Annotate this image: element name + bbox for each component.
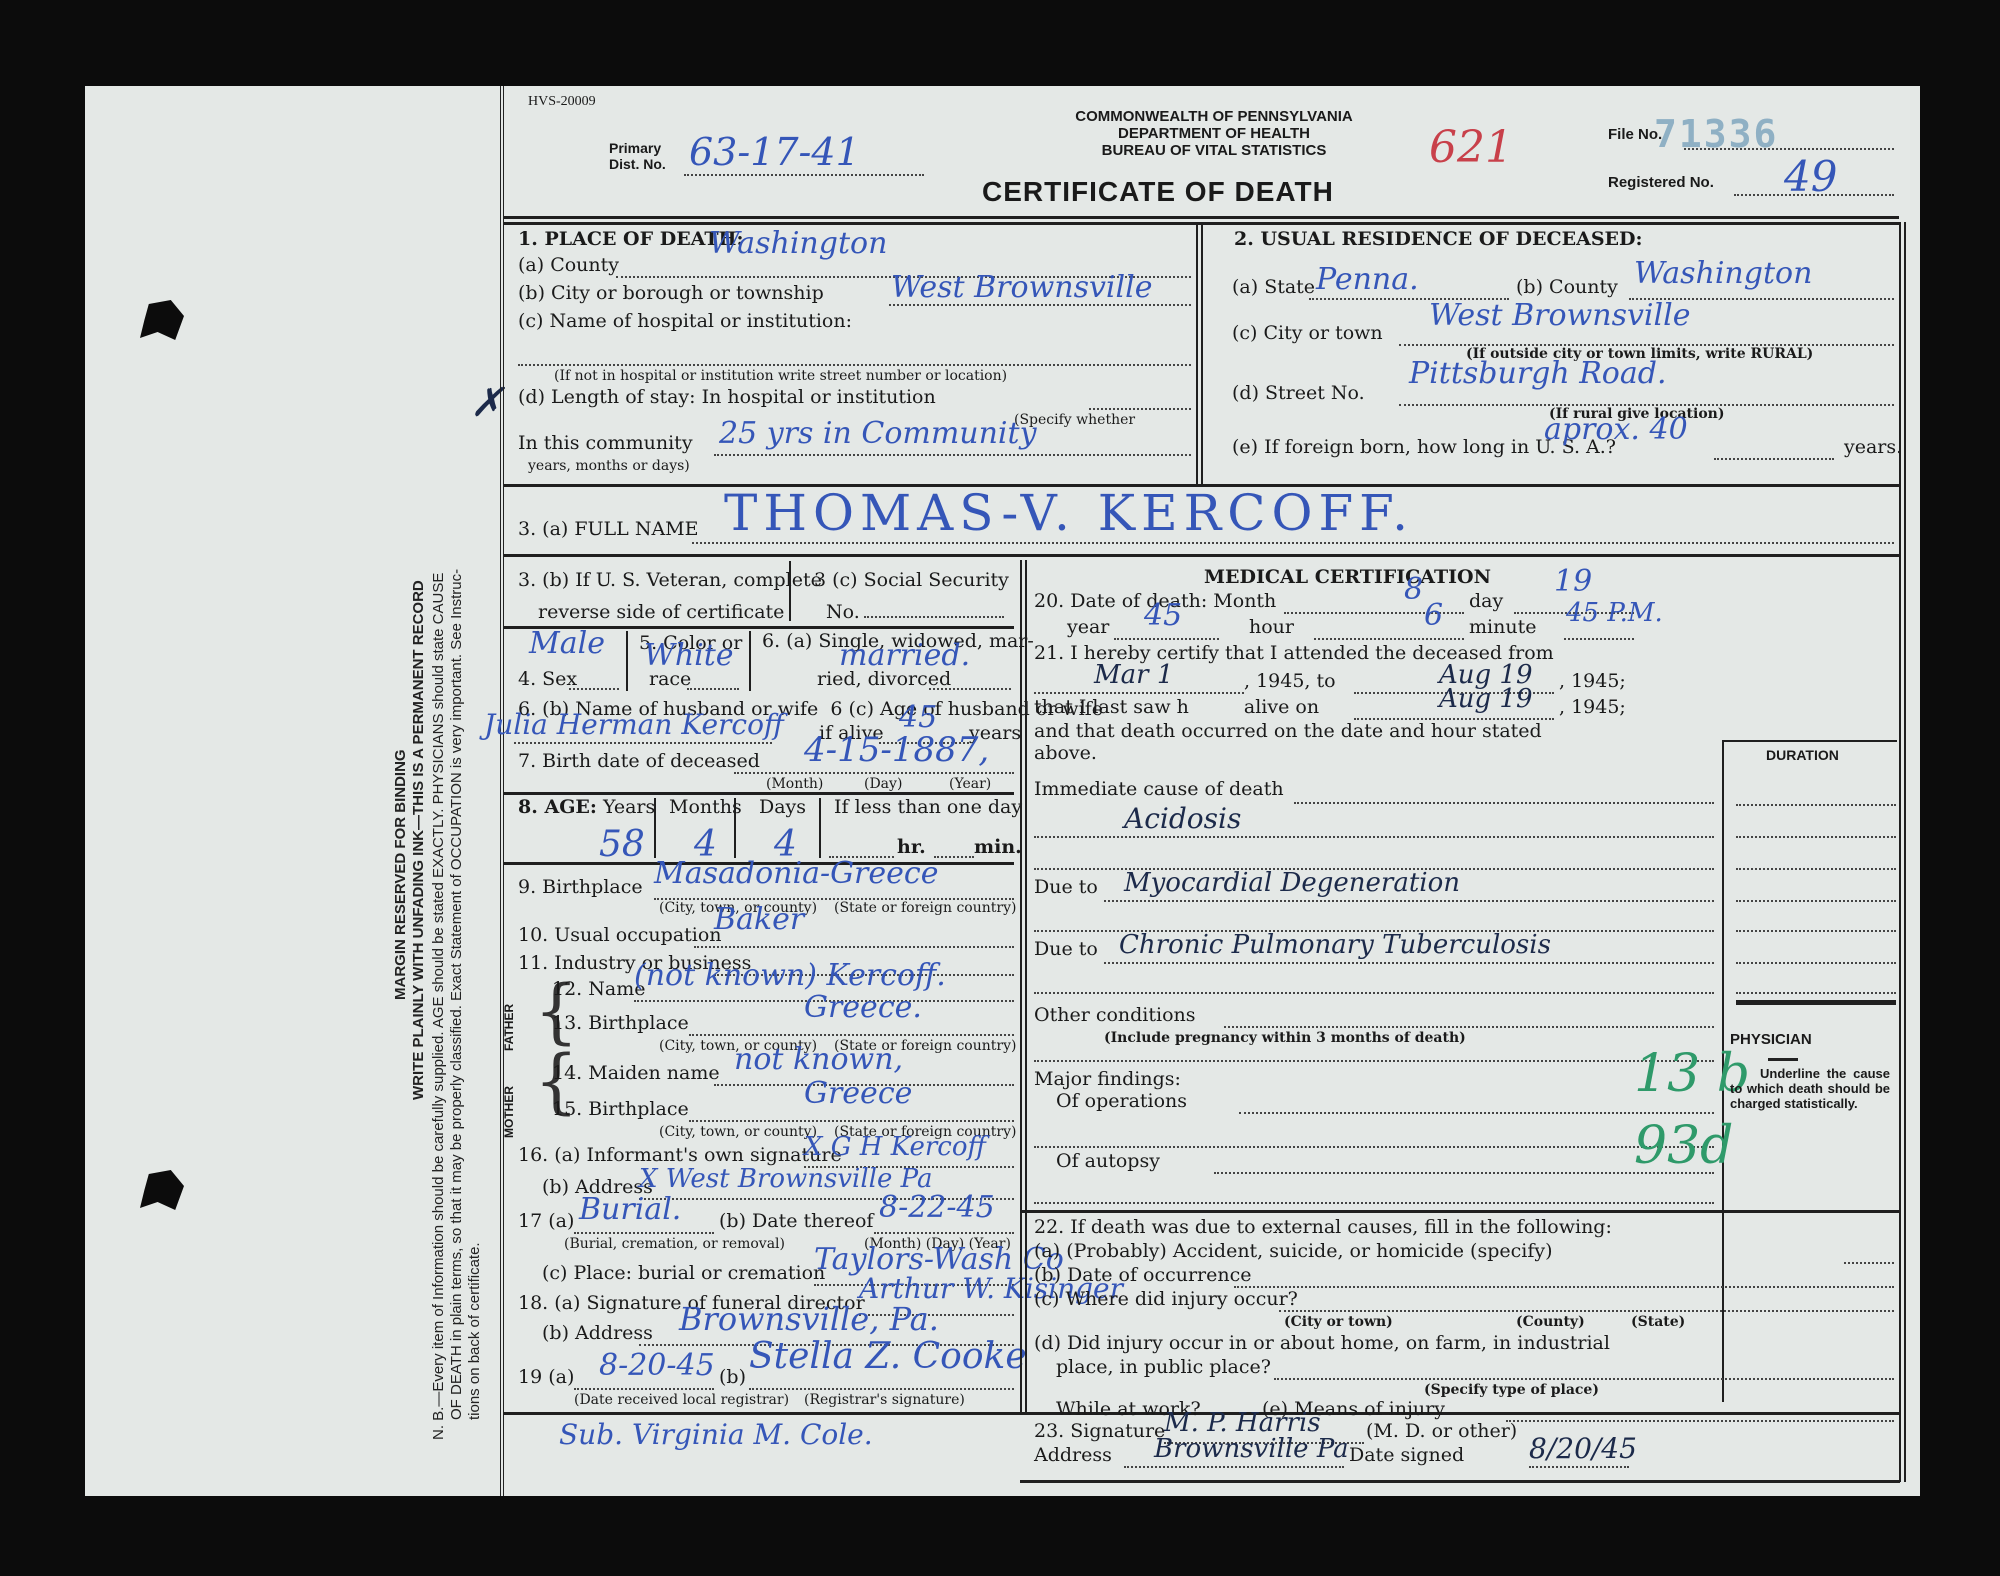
- res-street-label: (d) Street No.: [1232, 382, 1365, 404]
- disposal-date-value[interactable]: 8-22-45: [879, 1190, 995, 1225]
- city-label: (b) City or borough or township: [518, 282, 824, 304]
- form-id: HVS-20009: [528, 94, 596, 110]
- occupation-label: 10. Usual occupation: [518, 924, 722, 946]
- margin-instruction-1: N. B.—Every item of Information should b…: [430, 573, 448, 1440]
- sex-value[interactable]: Male: [529, 626, 605, 661]
- ssn-label: 3 (c) Social Security No.: [814, 564, 1009, 628]
- immediate-cause-value[interactable]: Acidosis: [1124, 802, 1241, 835]
- father-name-value[interactable]: (not known) Kercoff.: [634, 958, 946, 993]
- attended-from-year: , 1945, to: [1244, 670, 1336, 692]
- last-saw-year: , 1945;: [1559, 696, 1626, 718]
- signature-address-label: Address: [1034, 1444, 1112, 1466]
- date-signed-label: Date signed: [1349, 1444, 1464, 1466]
- occupation-value[interactable]: Baker: [714, 902, 804, 937]
- autopsy-label: Of autopsy: [1056, 1150, 1160, 1172]
- mother-maiden-value[interactable]: not known,: [734, 1042, 903, 1077]
- birthplace-hint-2: (State or foreign country): [834, 900, 1016, 916]
- due-to-2-value[interactable]: Chronic Pulmonary Tuberculosis: [1119, 930, 1551, 960]
- county-label: (a) County: [518, 254, 619, 276]
- margin-instruction-2: OF DEATH in plain terms, so that it may …: [448, 569, 466, 1420]
- birth-day-hint: (Day): [864, 776, 902, 792]
- due-to-1-value[interactable]: Myocardial Degeneration: [1124, 868, 1460, 898]
- age-less-label: If less than one day: [834, 796, 1022, 818]
- age-days-label-text: Days: [759, 796, 806, 818]
- age-months-label: Months: [669, 796, 742, 818]
- director-address-value[interactable]: Brownsville, Pa.: [679, 1300, 939, 1338]
- signature-label: 23. Signature: [1034, 1420, 1165, 1442]
- external-d-hint: (Specify type of place): [1424, 1382, 1599, 1398]
- signature-address-value[interactable]: Brownsville Pa: [1154, 1434, 1349, 1464]
- hospital-hint: (If not in hospital or institution write…: [554, 368, 1007, 384]
- registered-no-label: Registered No.: [1608, 174, 1714, 191]
- margin-binding-note: MARGIN RESERVED FOR BINDING: [392, 749, 410, 1000]
- mother-maiden-label: 14. Maiden name: [552, 1062, 720, 1084]
- disposition-value[interactable]: Burial.: [579, 1192, 681, 1227]
- residence-heading: 2. USUAL RESIDENCE OF DECEASED:: [1234, 228, 1643, 250]
- res-street-value[interactable]: Pittsburgh Road.: [1409, 356, 1667, 391]
- community-label: In this community: [518, 432, 693, 454]
- age-label: 8. AGE: Years: [518, 796, 655, 818]
- certificate-form: HVS-20009 Primary Dist. No. 63-17-41 COM…: [500, 86, 1909, 1496]
- other-conditions-hint: (Include pregnancy within 3 months of de…: [1104, 1030, 1466, 1046]
- res-state-value[interactable]: Penna.: [1316, 262, 1419, 297]
- marital-label-2: ried, divorced: [817, 668, 951, 690]
- issuer-heading: COMMONWEALTH OF PENNSYLVANIA DEPARTMENT …: [1024, 108, 1404, 159]
- primary-dist-value[interactable]: 63-17-41: [689, 130, 860, 174]
- due-to-1-label: Due to: [1034, 876, 1098, 898]
- page-title: CERTIFICATE OF DEATH: [982, 176, 1334, 208]
- external-a-label: (a) (Probably) Accident, suicide, or hom…: [1034, 1240, 1553, 1262]
- birth-month-hint: (Month): [766, 776, 823, 792]
- operations-label: Of operations: [1056, 1090, 1187, 1112]
- external-c-hint-3: (State): [1631, 1314, 1685, 1330]
- mother-birthplace-value[interactable]: Greece: [804, 1076, 912, 1111]
- burial-place-label: (c) Place: burial or cremation: [542, 1262, 825, 1284]
- external-d-label-2: place, in public place?: [1056, 1356, 1271, 1378]
- registrar-hint: (Registrar's signature): [804, 1392, 965, 1408]
- received-date-value[interactable]: 8-20-45: [599, 1348, 715, 1383]
- sex-label: 4. Sex: [518, 668, 577, 690]
- registrar-signature-value[interactable]: Stella Z. Cooke: [749, 1336, 1027, 1377]
- age-hr-label: hr.: [897, 836, 926, 858]
- death-day-label: day: [1469, 590, 1503, 612]
- external-heading: 22. If death was due to external causes,…: [1034, 1216, 1612, 1238]
- father-tag: FATHER: [502, 1004, 516, 1051]
- death-hour-label: hour: [1249, 616, 1294, 638]
- mother-birthplace-hint-1: (City, town, or county): [659, 1124, 817, 1140]
- signature-suffix: (M. D. or other): [1366, 1420, 1517, 1442]
- margin-check-mark: ✗: [470, 380, 504, 426]
- res-county-label: (b) County: [1516, 276, 1618, 298]
- attended-to-year: , 1945;: [1559, 670, 1626, 692]
- full-name-value[interactable]: THOMAS-V. KERCOFF.: [724, 484, 1414, 542]
- father-birthplace-value[interactable]: Greece.: [804, 990, 922, 1025]
- mother-birthplace-label: 15. Birthplace: [552, 1098, 689, 1120]
- res-foreign-value[interactable]: aprox. 40: [1544, 412, 1688, 447]
- res-state-label: (a) State: [1232, 276, 1315, 298]
- due-to-2-label: Due to: [1034, 938, 1098, 960]
- death-minute-label: minute: [1469, 616, 1536, 638]
- birth-date-label: 7. Birth date of deceased: [518, 750, 760, 772]
- red-annotation: 621: [1429, 122, 1513, 173]
- community-value[interactable]: 25 yrs in Community: [719, 416, 1037, 451]
- attended-from-value[interactable]: Mar 1: [1094, 660, 1173, 690]
- birthplace-label: 9. Birthplace: [518, 876, 643, 898]
- hospital-label: (c) Name of hospital or institution:: [518, 310, 852, 332]
- death-hour-value[interactable]: 6: [1424, 598, 1443, 633]
- margin-instruction-3: tions on back of certificate.: [466, 1242, 484, 1420]
- birthplace-value[interactable]: Masadonia-Greece: [654, 856, 938, 891]
- death-day-value[interactable]: 19: [1554, 564, 1592, 599]
- city-value[interactable]: West Brownsville: [891, 270, 1152, 305]
- full-name-label: 3. (a) FULL NAME: [518, 518, 699, 540]
- mother-tag: MOTHER: [502, 1086, 516, 1138]
- community-hint: years, months or days): [528, 458, 690, 474]
- external-c-label: (c) Where did injury occur?: [1034, 1288, 1298, 1310]
- file-no-stamp: 71336: [1654, 112, 1778, 156]
- res-city-value[interactable]: West Brownsville: [1429, 298, 1690, 333]
- birth-date-value[interactable]: 4-15-1887,: [804, 730, 989, 770]
- death-year-label: year: [1067, 616, 1109, 638]
- external-b-label: (b) Date of occurrence: [1034, 1264, 1252, 1286]
- disposition-hint: (Burial, cremation, or removal): [564, 1236, 785, 1252]
- death-year-value[interactable]: 45: [1144, 598, 1182, 633]
- race-label-2: race: [649, 668, 691, 690]
- registered-no-value[interactable]: 49: [1784, 152, 1837, 201]
- county-value[interactable]: Washington: [709, 226, 887, 261]
- received-hint: (Date received local registrar): [574, 1392, 789, 1408]
- external-d-label-1: (d) Did injury occur in or about home, o…: [1034, 1332, 1610, 1354]
- external-c-hint-1: (City or town): [1284, 1314, 1393, 1330]
- primary-dist-label: Primary Dist. No.: [609, 140, 666, 172]
- duration-heading: DURATION: [1766, 748, 1839, 763]
- informant-signature-value[interactable]: X G H Kercoff: [804, 1132, 986, 1162]
- spouse-value[interactable]: Julia Herman Kercoff: [484, 708, 784, 741]
- res-city-label: (c) City or town: [1232, 322, 1383, 344]
- physician-note: Underline the cause to which death shoul…: [1730, 1066, 1890, 1111]
- findings-label: Major findings:: [1034, 1068, 1181, 1090]
- veteran-label: 3. (b) If U. S. Veteran, complete revers…: [518, 564, 822, 628]
- occurred-label: and that death occurred on the date and …: [1034, 720, 1542, 764]
- director-address-label: (b) Address: [542, 1322, 653, 1344]
- stay-label: (d) Length of stay: In hospital or insti…: [518, 386, 936, 408]
- last-saw-label: that I last saw halive on: [1034, 696, 1319, 718]
- registrar-label: (b): [719, 1366, 746, 1388]
- age-min-label: min.: [974, 836, 1022, 858]
- res-foreign-unit: years.: [1844, 436, 1902, 458]
- immediate-cause-label: Immediate cause of death: [1034, 778, 1284, 800]
- father-name-label: 12. Name: [552, 978, 645, 1000]
- last-saw-value[interactable]: Aug 19: [1439, 684, 1533, 714]
- other-conditions-label: Other conditions: [1034, 1004, 1196, 1026]
- disposition-label: 17 (a): [518, 1210, 574, 1232]
- external-c-hint-2: (County): [1516, 1314, 1585, 1330]
- death-minute-value[interactable]: 45 P.M.: [1566, 598, 1663, 628]
- informant-signature-label: 16. (a) Informant's own signature: [518, 1144, 842, 1166]
- margin-ink-note: WRITE PLAINLY WITH UNFADING INK—THIS IS …: [410, 580, 428, 1100]
- medical-heading: MEDICAL CERTIFICATION: [1204, 566, 1491, 588]
- father-birthplace-label: 13. Birthplace: [552, 1012, 689, 1034]
- death-month-value[interactable]: 8: [1404, 572, 1423, 607]
- sub-registrar-signature: Sub. Virginia M. Cole.: [559, 1418, 873, 1451]
- birth-year-hint: (Year): [949, 776, 991, 792]
- received-label: 19 (a): [518, 1366, 574, 1388]
- physician-rule: [1768, 1058, 1798, 1061]
- physician-heading: PHYSICIAN: [1730, 1032, 1812, 1047]
- disposal-date-label: (b) Date thereof: [719, 1210, 873, 1232]
- green-code-2: 93d: [1634, 1116, 1733, 1176]
- age-years-value[interactable]: 58: [599, 824, 645, 865]
- date-signed-value[interactable]: 8/20/45: [1529, 1432, 1637, 1465]
- res-county-value[interactable]: Washington: [1634, 256, 1812, 291]
